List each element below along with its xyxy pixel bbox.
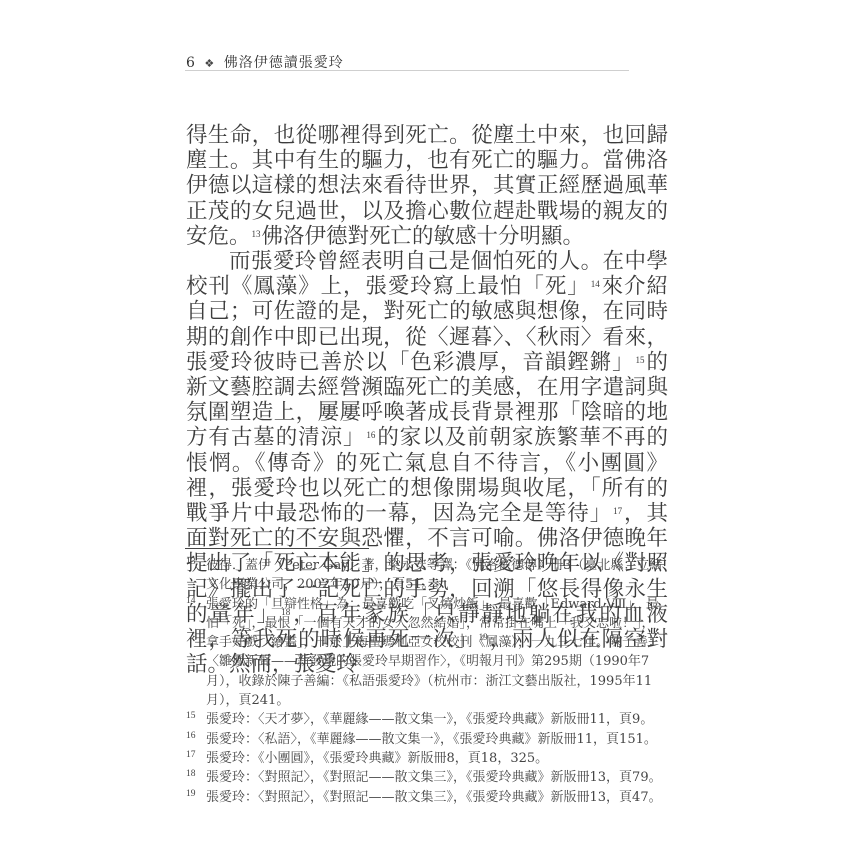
footnote-18: 18 張愛玲：〈對照記〉，《對照記——散文集三》，《張愛玲典藏》新版冊13，頁7… [186,768,666,787]
footnote-text: 張愛玲：〈對照記〉，《對照記——散文集三》，《張愛玲典藏》新版冊13，頁79。 [206,770,662,785]
footnote-ref-16[interactable]: 16 [366,430,375,440]
footnote-text: 彼得．蓋伊（Peter Gay）著，梁永安等譯：《佛洛依德傳》冊3（臺北縣：立緒… [206,558,662,592]
footnote-ref-17[interactable]: 17 [613,506,622,516]
footnote-text: 張愛玲：〈天才夢〉，《華麗緣——散文集一》，《張愛玲典藏》新版冊11，頁9。 [206,712,653,727]
footnote-text: 張愛玲：〈私語〉，《華麗緣——散文集一》，《張愛玲典藏》新版冊11，頁151。 [206,732,657,747]
footnote-text: 張愛玲的「旦辯性格」為：最喜歡吃「叉燒炒飯」，最喜歡「Edward Ⅷ」，最怕「… [206,597,661,708]
footnote-number: 19 [186,785,196,804]
book-title: 佛洛伊德讀張愛玲 [224,55,344,71]
footnote-number: 15 [186,707,196,726]
footnote-text: 張愛玲：〈對照記〉，《對照記——散文集三》，《張愛玲典藏》新版冊13，頁47。 [206,790,662,805]
footnote-rule [185,548,369,549]
footnote-number: 17 [186,746,196,765]
footnote-13: 13 彼得．蓋伊（Peter Gay）著，梁永安等譯：《佛洛依德傳》冊3（臺北縣… [186,556,666,595]
footnote-19: 19 張愛玲：〈對照記〉，《對照記——散文集三》，《張愛玲典藏》新版冊13，頁4… [186,788,666,807]
diamond-separator-icon: ❖ [204,57,215,70]
page-number: 6 [186,55,196,71]
footnote-number: 16 [186,727,196,746]
footnote-14: 14 張愛玲的「旦辯性格」為：最喜歡吃「叉燒炒飯」，最喜歡「Edward Ⅷ」，… [186,595,666,711]
footnote-ref-15[interactable]: 15 [636,355,645,365]
footnote-ref-13[interactable]: 13 [252,229,261,239]
footnote-number: 13 [186,553,196,572]
footnote-number: 14 [186,592,196,611]
footnote-15: 15 張愛玲：〈天才夢〉，《華麗緣——散文集一》，《張愛玲典藏》新版冊11，頁9… [186,710,666,729]
footnote-ref-14[interactable]: 14 [591,279,600,289]
footnote-17: 17 張愛玲：《小團圓》，《張愛玲典藏》新版冊8，頁18，325。 [186,749,666,768]
footnote-number: 18 [186,765,196,784]
footnote-16: 16 張愛玲：〈私語〉，《華麗緣——散文集一》，《張愛玲典藏》新版冊11，頁15… [186,730,666,749]
footnote-text: 張愛玲：《小團圓》，《張愛玲典藏》新版冊8，頁18，325。 [206,751,548,766]
paragraph: 得生命，也從哪裡得到死亡。從塵土中來，也回歸塵土。其中有生的驅力，也有死亡的驅力… [186,123,668,249]
header-rule [185,70,629,71]
running-head: 6 ❖ 佛洛伊德讀張愛玲 [186,52,344,72]
footnotes: 13 彼得．蓋伊（Peter Gay）著，梁永安等譯：《佛洛依德傳》冊3（臺北縣… [186,556,666,807]
